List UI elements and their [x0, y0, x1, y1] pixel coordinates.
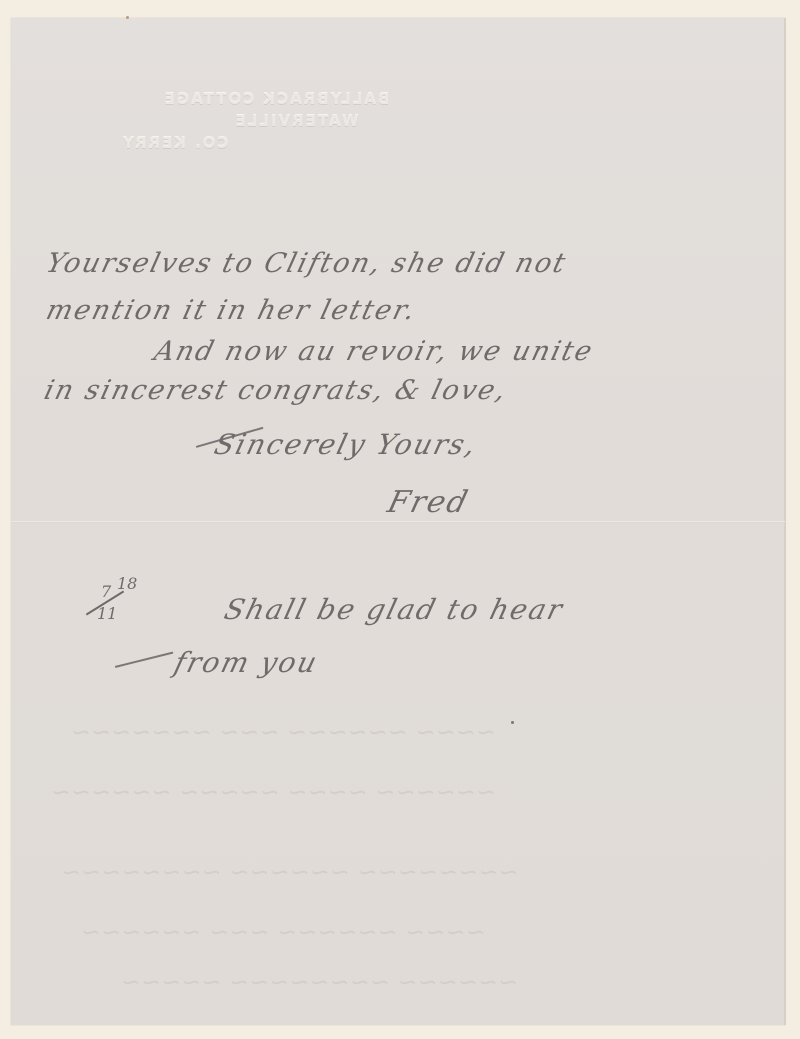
paper-speck	[126, 16, 129, 19]
fold-crease	[11, 521, 785, 523]
postscript-line-2: from you	[171, 646, 322, 679]
letter-body-line-2: mention it in her letter.	[43, 295, 420, 326]
signature: Fred	[384, 485, 473, 520]
bleed-through-text: ~~~~~~~~ ~~~~~~ ~~~~~~~~	[58, 858, 523, 886]
closing-phrase: Sincerely Yours,	[211, 428, 481, 461]
letterhead-line-1: BALLYBRACK COTTAGE	[111, 88, 441, 110]
date-year: 18	[117, 574, 137, 593]
letter-body-line-1: Yourselves to Clifton, she did not	[43, 248, 570, 279]
date-day: 11	[97, 604, 117, 623]
letter-body-line-4: in sincerest congrats, & love,	[41, 375, 511, 406]
postscript-line-1: Shall be glad to hear	[221, 593, 567, 626]
bleed-through-text: ~~~~ ~~~~~~ ~~~ ~~~~~~~	[68, 718, 500, 746]
letter-body-line-3: And now au revoir, we unite	[151, 336, 597, 367]
letterhead-line-3: CO. KERRY	[111, 132, 441, 154]
postscript-date: 7 11 18	[79, 580, 139, 630]
letter-page: BALLYBRACK COTTAGE WATERVILLE CO. KERRY …	[11, 18, 785, 1025]
bleed-through-text: ~~~~~~ ~~~~~~~~ ~~~~~	[118, 968, 522, 996]
postscript-flourish	[115, 652, 174, 668]
paper-speck	[511, 721, 514, 724]
bleed-through-text: ~~~~ ~~~~~~ ~~~ ~~~~~~	[78, 918, 490, 946]
bleed-through-text: ~~~~~~ ~~~~ ~~~~~ ~~~~~~	[48, 778, 500, 806]
embossed-letterhead: BALLYBRACK COTTAGE WATERVILLE CO. KERRY	[111, 88, 441, 154]
letterhead-line-2: WATERVILLE	[111, 110, 441, 132]
